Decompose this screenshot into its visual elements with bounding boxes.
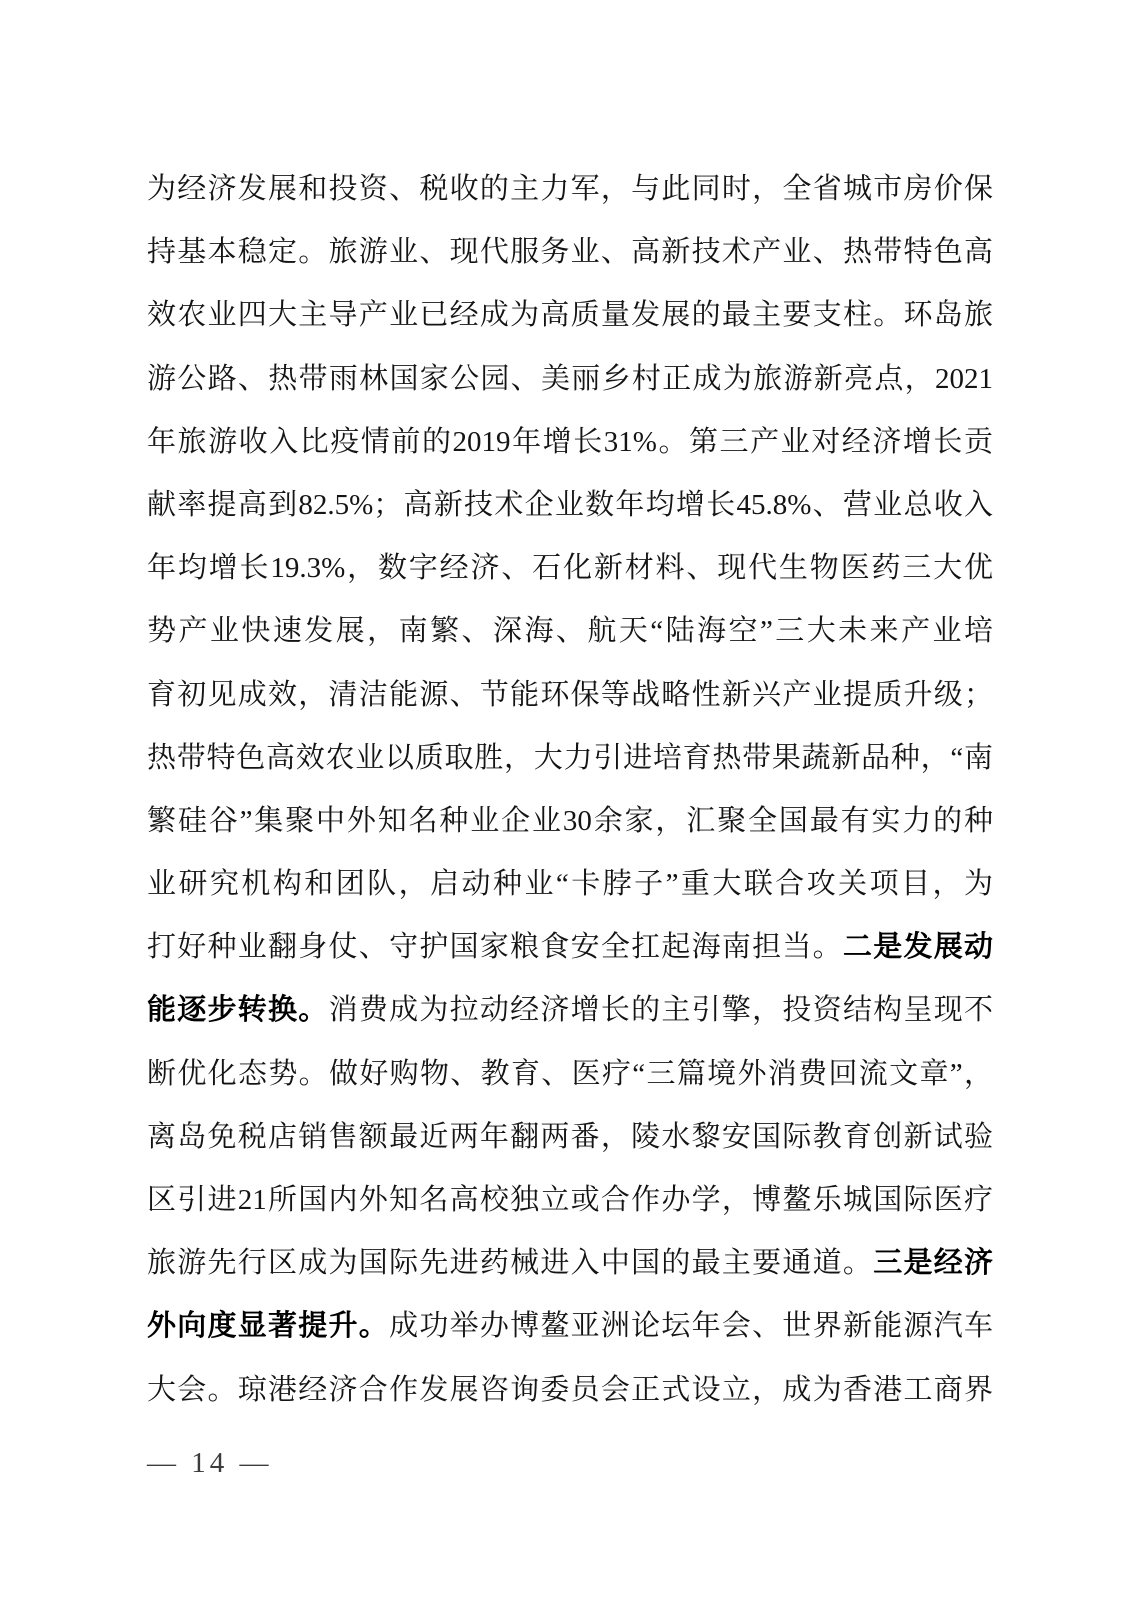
text-segment: 打好种业翻身仗、守护国家粮食安全扛起海南担当。 [147, 931, 843, 963]
text-segment: 业研究机构和团队，启动种业“卡脖子”重大联合攻关项目，为 [147, 868, 993, 900]
text-segment: 区引进21所国内外知名高校独立或合作办学，博鳌乐城国际医疗 [147, 1184, 993, 1216]
bold-heading-segment: 外向度显著提升。 [147, 1310, 389, 1342]
text-line: 离岛免税店销售额最近两年翻两番，陵水黎安国际教育创新试验 [147, 1106, 993, 1169]
text-line: 能逐步转换。消费成为拉动经济增长的主引擎，投资结构呈现不 [147, 979, 993, 1042]
text-segment: 断优化态势。做好购物、教育、医疗“三篇境外消费回流文章”， [147, 1058, 993, 1090]
text-segment: 育初见成效，清洁能源、节能环保等战略性新兴产业提质升级； [147, 679, 993, 711]
text-segment: 年旅游收入比疫情前的2019年增长31%。第三产业对经济增长贡 [147, 426, 993, 458]
text-segment: 离岛免税店销售额最近两年翻两番，陵水黎安国际教育创新试验 [147, 1121, 993, 1153]
text-line: 效农业四大主导产业已经成为高质量发展的最主要支柱。环岛旅 [147, 284, 993, 347]
text-segment: 消费成为拉动经济增长的主引擎，投资结构呈现不 [329, 994, 993, 1026]
body-text: 为经济发展和投资、税收的主力军，与此同时，全省城市房价保持基本稳定。旅游业、现代… [147, 158, 993, 1422]
page-number: — 14 — [147, 1447, 273, 1480]
text-segment: 游公路、热带雨林国家公园、美丽乡村正成为旅游新亮点，2021 [147, 363, 993, 395]
text-segment: 旅游先行区成为国际先进药械进入中国的最主要通道。 [147, 1247, 873, 1279]
text-line: 外向度显著提升。成功举办博鳌亚洲论坛年会、世界新能源汽车 [147, 1295, 993, 1358]
bold-heading-segment: 能逐步转换。 [147, 994, 329, 1026]
text-line: 年旅游收入比疫情前的2019年增长31%。第三产业对经济增长贡 [147, 411, 993, 474]
text-line: 育初见成效，清洁能源、节能环保等战略性新兴产业提质升级； [147, 664, 993, 727]
text-line: 献率提高到82.5%；高新技术企业数年均增长45.8%、营业总收入 [147, 474, 993, 537]
text-line: 打好种业翻身仗、守护国家粮食安全扛起海南担当。二是发展动 [147, 916, 993, 979]
text-segment: 为经济发展和投资、税收的主力军，与此同时，全省城市房价保 [147, 173, 993, 205]
text-line: 游公路、热带雨林国家公园、美丽乡村正成为旅游新亮点，2021 [147, 348, 993, 411]
text-line: 繁硅谷”集聚中外知名种业企业30余家，汇聚全国最有实力的种 [147, 790, 993, 853]
text-segment: 势产业快速发展，南繁、深海、航天“陆海空”三大未来产业培 [147, 615, 993, 647]
text-line: 持基本稳定。旅游业、现代服务业、高新技术产业、热带特色高 [147, 221, 993, 284]
text-line: 年均增长19.3%，数字经济、石化新材料、现代生物医药三大优 [147, 537, 993, 600]
text-line: 为经济发展和投资、税收的主力军，与此同时，全省城市房价保 [147, 158, 993, 221]
text-segment: 热带特色高效农业以质取胜，大力引进培育热带果蔬新品种，“南 [147, 742, 993, 774]
document-page: 为经济发展和投资、税收的主力军，与此同时，全省城市房价保持基本稳定。旅游业、现代… [0, 0, 1138, 1600]
text-line: 势产业快速发展，南繁、深海、航天“陆海空”三大未来产业培 [147, 600, 993, 663]
bold-heading-segment: 三是经济 [873, 1247, 993, 1279]
text-line: 旅游先行区成为国际先进药械进入中国的最主要通道。三是经济 [147, 1232, 993, 1295]
text-segment: 年均增长19.3%，数字经济、石化新材料、现代生物医药三大优 [147, 552, 993, 584]
bold-heading-segment: 二是发展动 [843, 931, 993, 963]
text-segment: 效农业四大主导产业已经成为高质量发展的最主要支柱。环岛旅 [147, 299, 993, 331]
text-segment: 繁硅谷”集聚中外知名种业企业30余家，汇聚全国最有实力的种 [147, 805, 993, 837]
text-segment: 大会。琼港经济合作发展咨询委员会正式设立，成为香港工商界 [147, 1374, 993, 1406]
text-segment: 献率提高到82.5%；高新技术企业数年均增长45.8%、营业总收入 [147, 489, 993, 521]
text-line: 区引进21所国内外知名高校独立或合作办学，博鳌乐城国际医疗 [147, 1169, 993, 1232]
text-line: 大会。琼港经济合作发展咨询委员会正式设立，成为香港工商界 [147, 1359, 993, 1422]
text-line: 业研究机构和团队，启动种业“卡脖子”重大联合攻关项目，为 [147, 853, 993, 916]
text-line: 断优化态势。做好购物、教育、医疗“三篇境外消费回流文章”， [147, 1043, 993, 1106]
text-segment: 持基本稳定。旅游业、现代服务业、高新技术产业、热带特色高 [147, 236, 993, 268]
text-segment: 成功举办博鳌亚洲论坛年会、世界新能源汽车 [389, 1310, 993, 1342]
text-line: 热带特色高效农业以质取胜，大力引进培育热带果蔬新品种，“南 [147, 727, 993, 790]
